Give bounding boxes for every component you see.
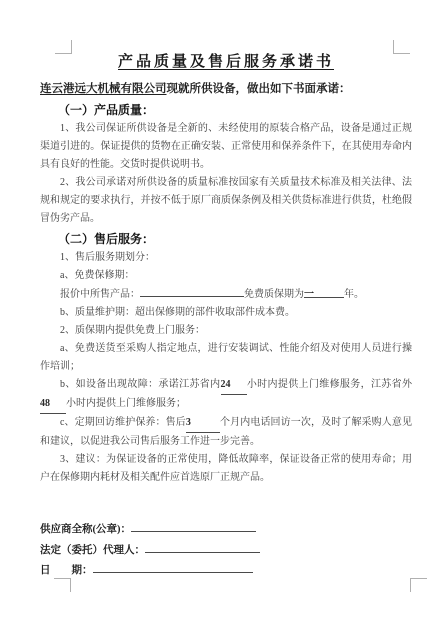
service-item-1a: a、免费保修期： (40, 267, 412, 285)
warranty-prefix: 报价中所售产品： (60, 289, 140, 300)
agent-name-label: 法定（委托）代理人： (40, 545, 145, 556)
crop-mark-bottom-right (410, 578, 427, 592)
document-page: 产品质量及售后服务承诺书 连云港远大机械有限公司现就所供设备，做出如下书面承诺：… (0, 0, 446, 632)
crop-mark-top-left (55, 40, 72, 54)
service-item-2c: c、定期回访维护保养：售后3个月内电话回访一次，及时了解采购人意见和建议，以促进… (40, 414, 412, 451)
supplier-name-label: 供应商全称(公章)： (40, 524, 131, 535)
intro-rest: 现就所供设备，做出如下书面承诺： (167, 83, 351, 95)
service-item-1b: b、质量维护期：超出保修期的部件收取部件成本费。 (40, 304, 412, 322)
section-quality-heading: （一）产品质量： (40, 101, 412, 120)
intro-line: 连云港远大机械有限公司现就所供设备，做出如下书面承诺： (40, 80, 412, 99)
supplier-name-blank (131, 519, 256, 532)
product-name-blank (140, 285, 244, 297)
quality-para-2: 2、我公司承诺对所供设备的质量标准按国家有关质量技术标准及相关法律、法规和规定的… (40, 174, 412, 228)
doc-title: 产品质量及售后服务承诺书 (40, 52, 412, 72)
item2b-part3: 小时内提供上门维修服务； (66, 398, 186, 409)
service-item-2: 2、质保期内提供免费上门服务： (40, 322, 412, 340)
crop-mark-top-right (393, 40, 410, 54)
company-name: 连云港远大机械有限公司 (40, 83, 167, 95)
service-item-2a: a、免费送货至采购人指定地点，进行安装调试、性能介绍及对使用人员进行操作培训； (40, 340, 412, 376)
warranty-line: 报价中所售产品：免费质保期为一年。 (40, 285, 412, 304)
service-item-3: 3、建议：为保证设备的正常使用，降低故障率，保证设备正常的使用寿命；用户在保修期… (40, 451, 412, 487)
item2c-part1: c、定期回访维护保养：售后 (60, 417, 186, 428)
agent-name-blank (145, 540, 260, 553)
section-service-heading: （二）售后服务： (40, 230, 412, 249)
service-item-1: 1、售后服务期划分： (40, 249, 412, 267)
hours-in-province-value: 24 (221, 376, 247, 395)
crop-mark-bottom-left (54, 578, 71, 592)
date-row: 日 期： (40, 560, 412, 581)
quality-para-1: 1、我公司保证所供设备是全新的、未经使用的原装合格产品，设备是通过正规渠道引进的… (40, 120, 412, 174)
item2b-part1: b、如设备出现故障：承诺江苏省内 (60, 379, 221, 390)
supplier-name-row: 供应商全称(公章)： (40, 519, 412, 540)
warranty-years-value: 一 (304, 286, 344, 298)
date-label: 日 期： (40, 565, 93, 576)
date-blank (93, 560, 253, 573)
item2b-part2: 小时内提供上门维修服务，江苏省外 (247, 379, 413, 390)
service-item-2b: b、如设备出现故障：承诺江苏省内24小时内提供上门维修服务，江苏省外48小时内提… (40, 376, 412, 414)
hours-out-province-value: 48 (40, 395, 66, 414)
signature-block: 供应商全称(公章)： 法定（委托）代理人： 日 期： (40, 519, 412, 581)
warranty-mid: 免费质保期为 (244, 289, 304, 300)
callback-months-value: 3 (186, 414, 220, 433)
agent-name-row: 法定（委托）代理人： (40, 540, 412, 561)
warranty-suffix: 年。 (344, 289, 364, 300)
